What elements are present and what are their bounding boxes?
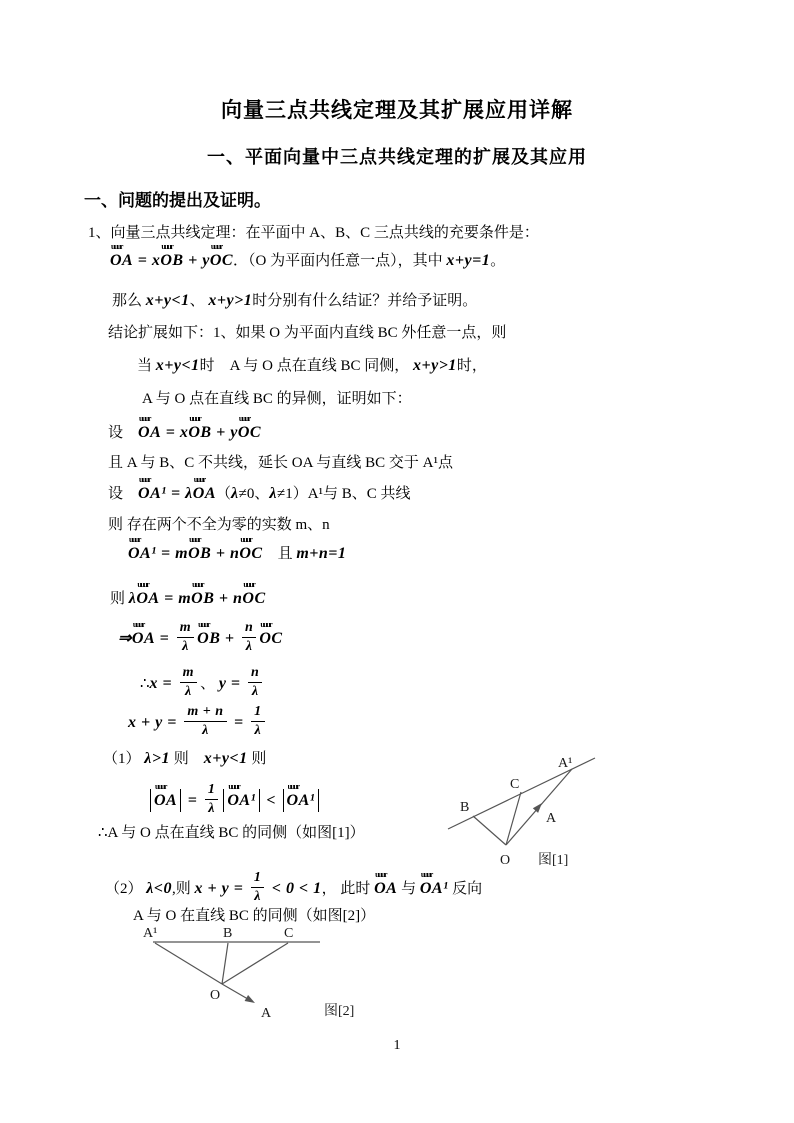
noncollinear-line: 且 A 与 B、C 不共线，延长 OA 与直线 BC 交于 A¹点 [108, 452, 453, 474]
fig2-label-c: C [284, 926, 293, 941]
fig2-vector-arrowhead [245, 995, 257, 1006]
xy-sum-line: x + y = m + nλ = 1λ [128, 706, 268, 741]
fig1-label-c: C [510, 777, 519, 792]
fig1-label-a: A [546, 811, 557, 826]
fig1-label-b: B [460, 800, 469, 815]
fig1-line-ob [473, 816, 506, 845]
fig2-label-a1: A¹ [143, 926, 157, 941]
oa1-expansion-line: OA¹ = mOB + nOC 且 m+n=1 [128, 543, 346, 565]
fig2-line-co [222, 943, 288, 984]
magnitude-comparison-line: OA = 1λOA¹ < OA¹ [148, 784, 321, 819]
fig2-label-o: O [210, 988, 220, 1003]
page-number: 1 [0, 1038, 794, 1054]
lambda-oa-line: 则 λOA = mOB + nOC [110, 588, 266, 610]
fig1-caption: 图[1] [538, 852, 568, 868]
fig2-caption: 图[2] [324, 1003, 354, 1019]
fig1-label-a1: A¹ [558, 756, 572, 771]
theorem-intro-line: 1、向量三点共线定理：在平面中 A、B、C 三点共线的充要条件是： [88, 222, 539, 244]
figure-1: B C A¹ O A 图[1] [430, 745, 670, 875]
fig2-line-bo [222, 943, 228, 984]
case1-line: （1） λ>1 则 x+y<1 则 [103, 748, 266, 770]
extension-intro-line: 结论扩展如下：1、如果 O 为平面内直线 BC 外任意一点，则 [108, 322, 506, 344]
xy-values-line: ∴x = mλ、 y = nλ [140, 667, 265, 702]
document-page: 向量三点共线定理及其扩展应用详解 一、平面向量中三点共线定理的扩展及其应用 一、… [0, 0, 794, 1123]
derived-fraction-line: ⇒OA = mλOB + nλOC [118, 622, 283, 657]
fig1-label-o: O [500, 853, 510, 868]
section-heading: 一、问题的提出及证明。 [84, 186, 271, 211]
figure-2: A¹ B C O A 图[2] [140, 922, 500, 1022]
case-opposite-side-line: A 与 O 点在直线 BC 的异侧，证明如下： [142, 388, 412, 410]
case-same-side-line: 当 x+y<1时 A 与 O 点在直线 BC 同侧， x+y>1时， [137, 355, 487, 377]
fig2-line-a1o [155, 943, 222, 984]
fig2-label-a: A [261, 1006, 272, 1021]
assume-formula-line: 设 OA = xOB + yOC [108, 422, 261, 444]
case2-line: （2） λ<0,则 x + y = 1λ < 0 < 1， 此时 OA 与 OA… [105, 872, 482, 907]
fig1-line-bc-extended [448, 758, 595, 829]
page-title: 向量三点共线定理及其扩展应用详解 [0, 94, 794, 124]
lambda-definition-line: 设 OA¹ = λOA（λ≠0、λ≠1）A¹与 B、C 共线 [108, 483, 411, 505]
case1-conclusion-line: ∴A 与 O 点在直线 BC 的同侧（如图[1]） [98, 822, 365, 844]
question-line: 那么 x+y<1、 x+y>1时分别有什么结证？并给予证明。 [112, 290, 477, 312]
page-subtitle: 一、平面向量中三点共线定理的扩展及其应用 [0, 143, 794, 169]
fig2-label-b: B [223, 926, 232, 941]
theorem-formula-line: OA = xOB + yOC．（O 为平面内任意一点），其中 x+y=1。 [110, 250, 505, 272]
exists-mn-line: 则 存在两个不全为零的实数 m、n [108, 514, 330, 536]
